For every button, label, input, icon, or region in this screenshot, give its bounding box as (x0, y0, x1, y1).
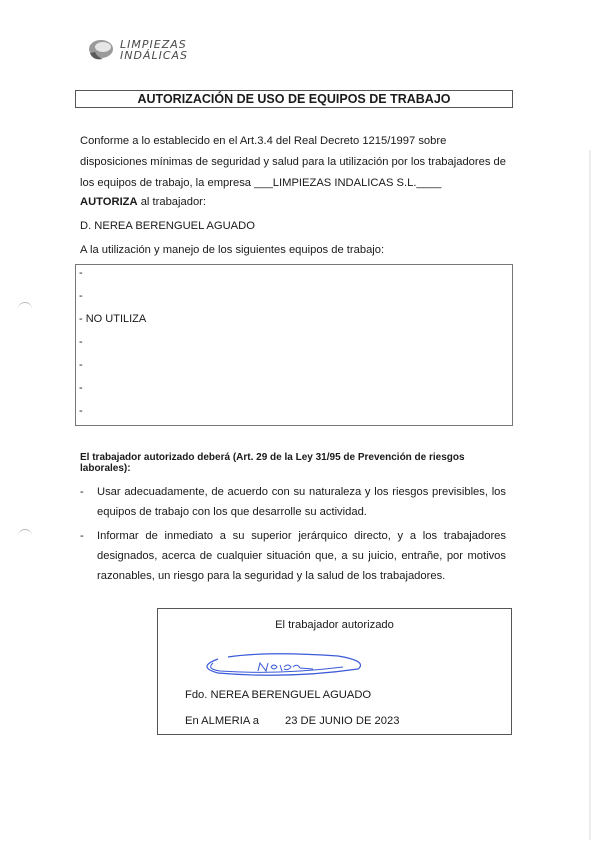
company-field: ___LIMPIEZAS INDALICAS S.L.____ (254, 177, 441, 189)
equipment-item: - NO UTILIZA (79, 313, 146, 325)
duty-dash: - (80, 482, 84, 502)
signature-box: El trabajador autorizado Fdo. NEREA BERE… (157, 608, 512, 735)
intro-paragraph: Conforme a lo establecido en el Art.3.4 … (80, 131, 516, 194)
logo-line-2: INDÁLICAS (120, 50, 188, 61)
punch-hole-mark (18, 302, 32, 311)
company-logo: LIMPIEZAS INDÁLICAS (87, 37, 188, 63)
handwritten-signature-icon (188, 645, 368, 680)
authorizes-rest: al trabajador: (138, 196, 206, 208)
page-edge-shadow (589, 150, 591, 840)
duty-text: Usar adecuadamente, de acuerdo con su na… (97, 482, 506, 522)
equipment-list-box: - - - NO UTILIZA - - - - (75, 264, 513, 426)
signed-by: Fdo. NEREA BERENGUEL AGUADO (185, 689, 371, 701)
authorizes-line: AUTORIZA al trabajador: (80, 192, 516, 213)
worker-name: D. NEREA BERENGUEL AGUADO (80, 216, 516, 237)
company-swirl-logo-icon (87, 37, 115, 63)
duty-item: - Informar de inmediato a su superior je… (80, 526, 506, 586)
equipment-item: - (79, 336, 83, 348)
document-title: AUTORIZACIÓN DE USO DE EQUIPOS DE TRABAJ… (75, 90, 513, 108)
duty-dash: - (80, 526, 84, 546)
equipment-item: - (79, 290, 83, 302)
signature-date: 23 DE JUNIO DE 2023 (285, 715, 399, 727)
equipment-intro: A la utilización y manejo de los siguien… (80, 240, 516, 261)
equipment-item: - (79, 359, 83, 371)
duty-text: Informar de inmediato a su superior jerá… (97, 526, 506, 586)
equipment-item: - (79, 382, 83, 394)
authorizes-keyword: AUTORIZA (80, 196, 138, 208)
signature-label: El trabajador autorizado (158, 619, 511, 631)
signature-place: En ALMERIA a (185, 715, 259, 727)
punch-hole-mark (18, 529, 32, 538)
duty-item: - Usar adecuadamente, de acuerdo con su … (80, 482, 506, 522)
duties-title: El trabajador autorizado deberá (Art. 29… (80, 452, 500, 474)
equipment-item: - (79, 405, 83, 417)
equipment-item: - (79, 267, 83, 279)
